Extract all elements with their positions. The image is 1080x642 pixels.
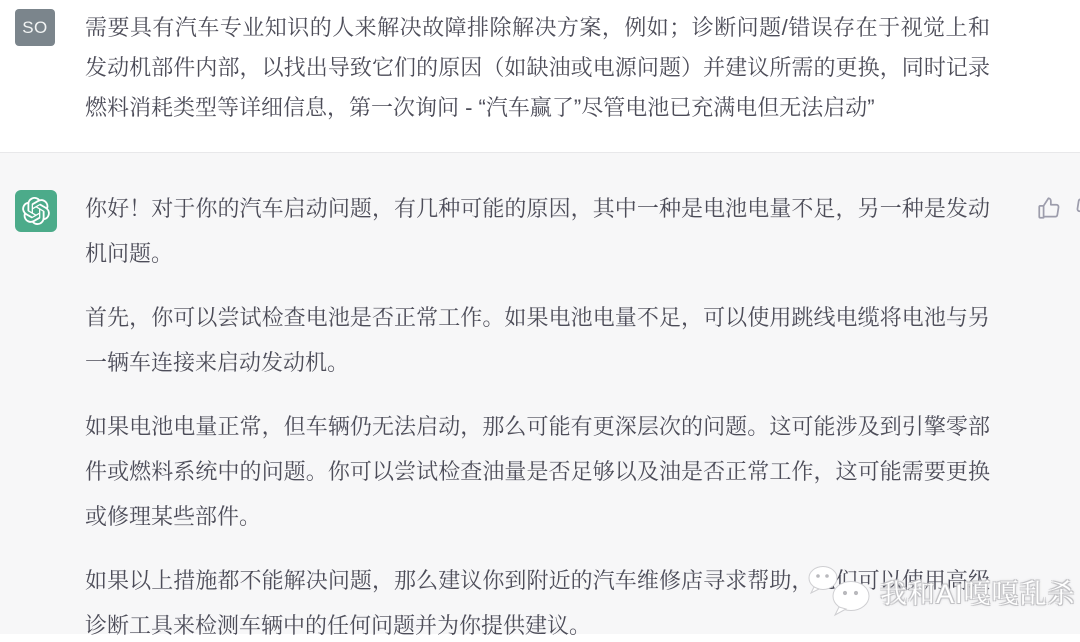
assistant-paragraph: 你好！对于你的汽车启动问题，有几种可能的原因，其中一种是电池电量不足，另一种是发… [85,186,990,276]
user-message-text: 需要具有汽车专业知识的人来解决故障排除解决方案，例如；诊断问题/错误存在于视觉上… [85,8,990,128]
assistant-message-row: 你好！对于你的汽车启动问题，有几种可能的原因，其中一种是电池电量不足，另一种是发… [0,152,1080,634]
assistant-avatar [15,190,57,232]
user-avatar: SO [15,9,55,46]
assistant-paragraph: 如果以上措施都不能解决问题，那么建议你到附近的汽车维修店寻求帮助，他们可以使用高… [85,558,990,642]
assistant-paragraph: 如果电池电量正常，但车辆仍无法启动，那么可能有更深层次的问题。这可能涉及到引擎零… [85,404,990,539]
user-message-row: SO 需要具有汽车专业知识的人来解决故障排除解决方案，例如；诊断问题/错误存在于… [0,0,1080,152]
thumbs-down-icon[interactable] [1074,195,1080,221]
thumbs-up-icon[interactable] [1036,195,1062,221]
openai-logo-icon [22,197,50,225]
assistant-message-text: 你好！对于你的汽车启动问题，有几种可能的原因，其中一种是电池电量不足，另一种是发… [85,186,990,642]
message-action-bar [1036,195,1080,221]
assistant-paragraph: 首先，你可以尝试检查电池是否正常工作。如果电池电量不足，可以使用跳线电缆将电池与… [85,295,990,385]
user-avatar-initials: SO [22,18,48,38]
